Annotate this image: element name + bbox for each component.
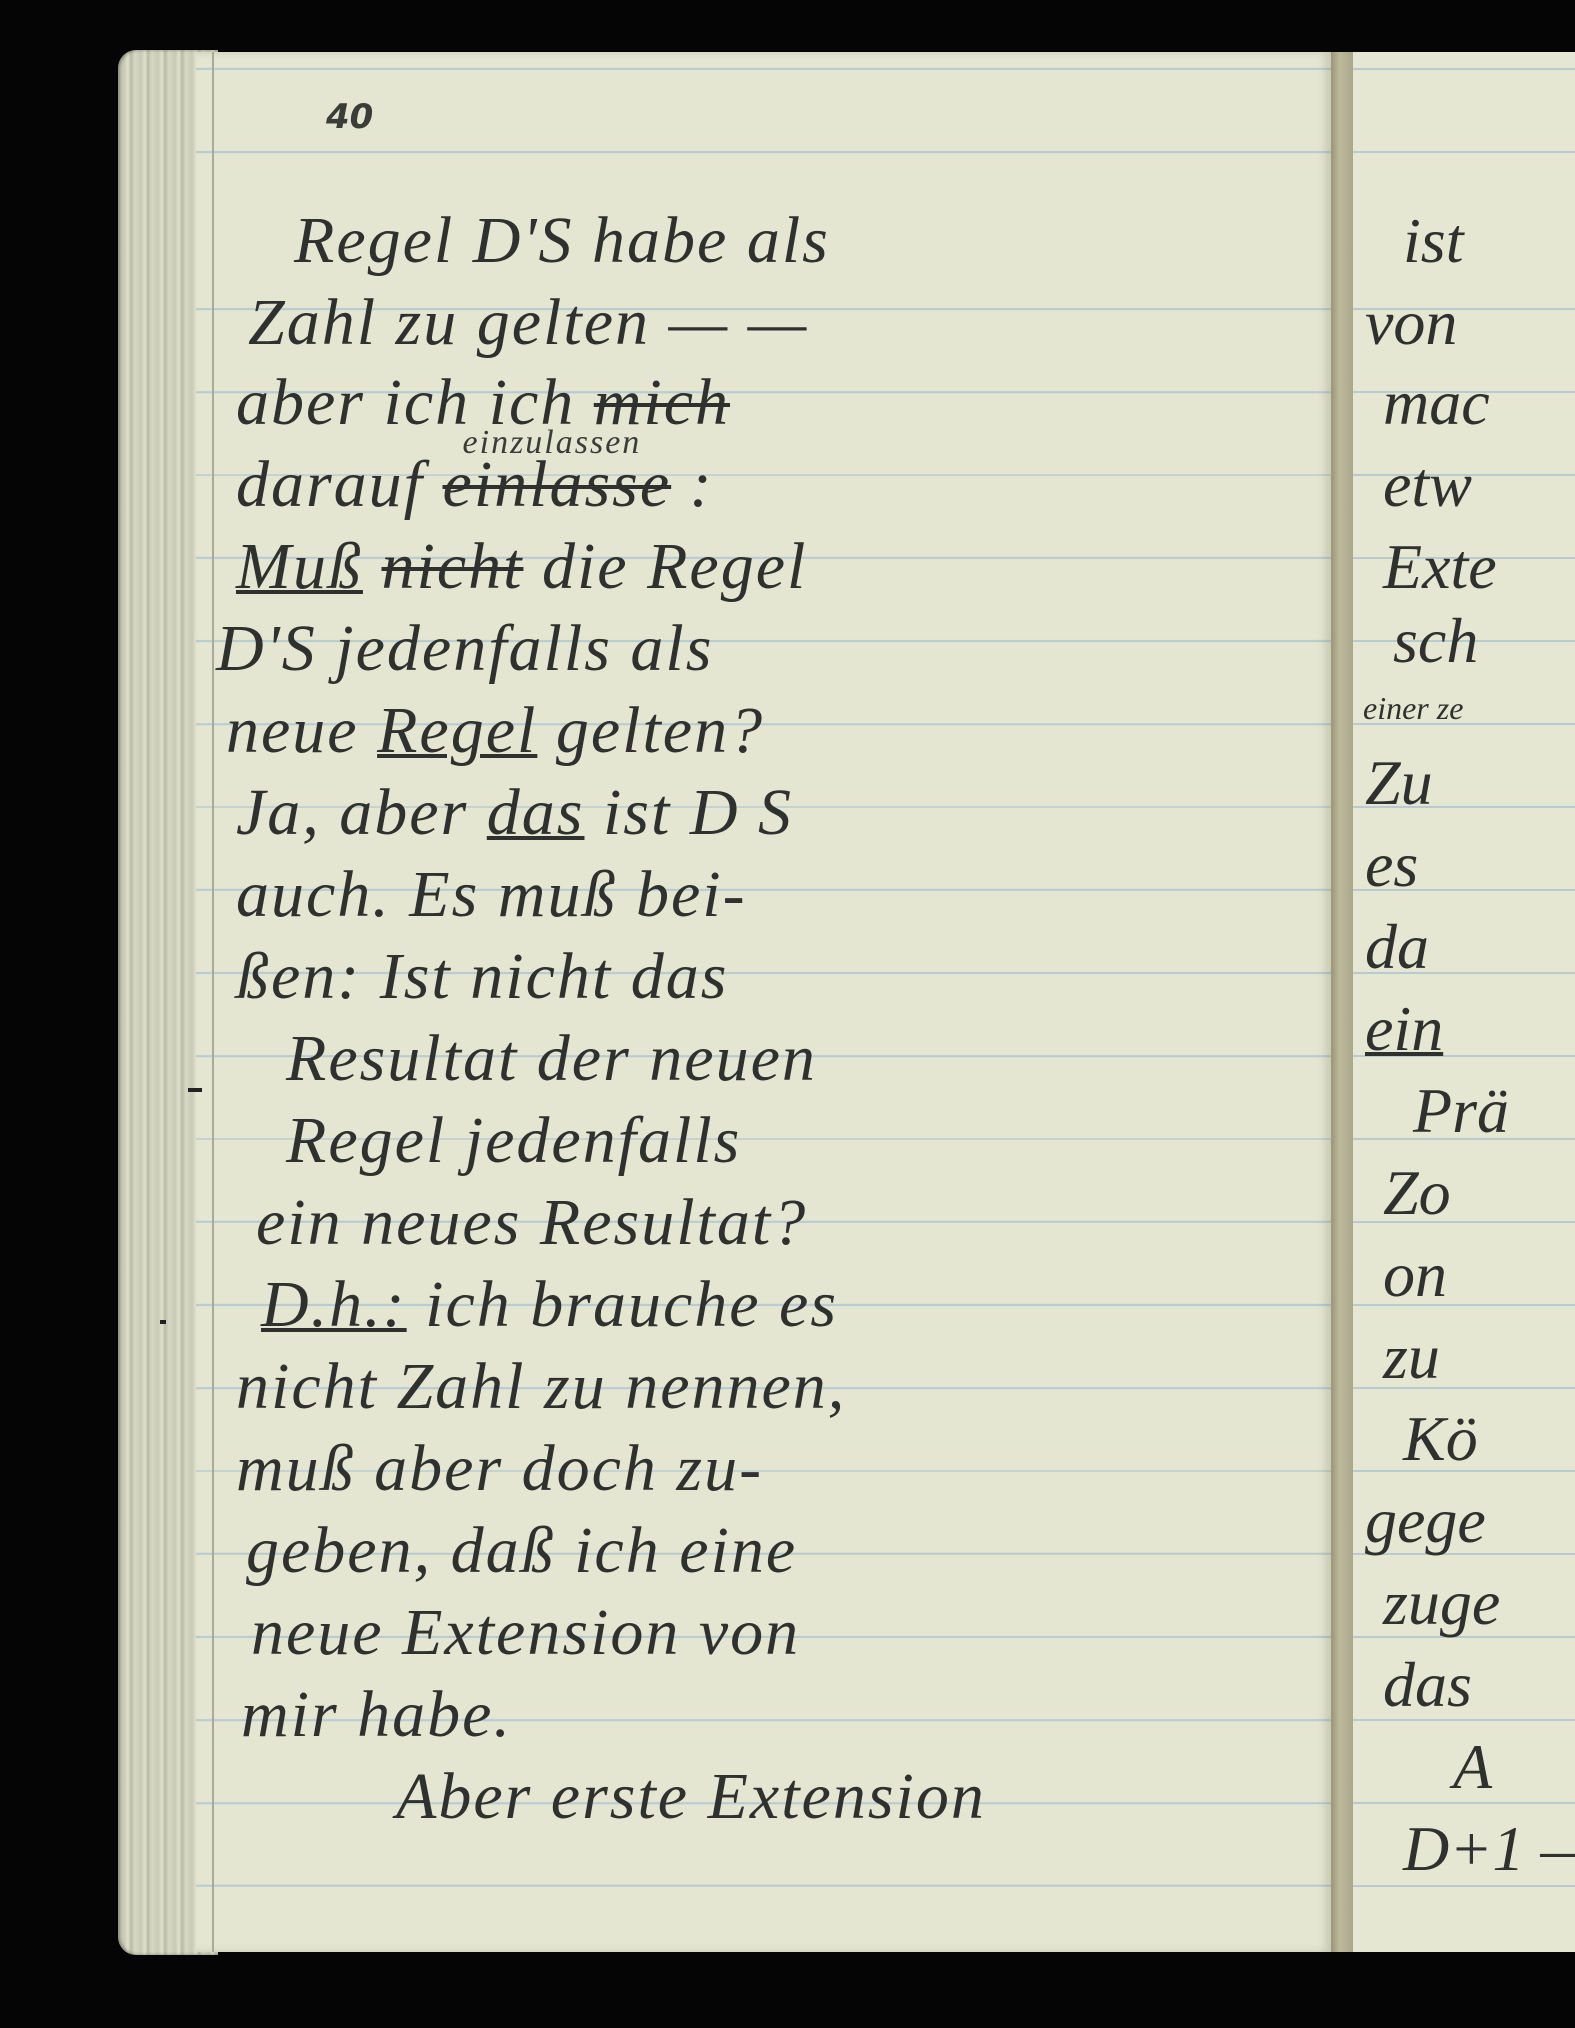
text-line: D+1 — [1403, 1808, 1575, 1890]
text-line: gege [1365, 1480, 1486, 1562]
underlined-word: D.h.: [261, 1268, 407, 1341]
text-line: Regel D'S habe als [294, 200, 830, 282]
margin-tick-mark [188, 1088, 202, 1092]
text-line: mac [1383, 362, 1490, 444]
text-line: nicht Zahl zu nennen, [236, 1346, 846, 1428]
text-line: zuge [1383, 1562, 1500, 1644]
text-line: es [1365, 824, 1418, 906]
right-page: ist von mac etw Exte sch einer ze Zu es … [1353, 52, 1575, 1952]
text-line: D'S jedenfalls als [216, 608, 713, 690]
text-line: auch. Es muß bei- [236, 854, 747, 936]
underlined-word: das [487, 776, 585, 849]
text-line: on [1383, 1234, 1447, 1316]
text-line: da [1365, 906, 1429, 988]
text-line: mir habe. [241, 1674, 512, 1756]
text-line: Aber erste Extension [396, 1756, 986, 1838]
underlined-word: Muß [236, 530, 363, 603]
text-line: Zo [1383, 1152, 1451, 1234]
text-line-underlined: ein [1365, 988, 1443, 1070]
text-line: Resultat der neuen [286, 1018, 817, 1100]
text-line: neue Extension von [251, 1592, 800, 1674]
margin-line [212, 52, 214, 1952]
text-line: Prä [1413, 1070, 1509, 1152]
text-line: Exte [1383, 526, 1497, 608]
text-line: etw [1383, 444, 1472, 526]
text-line: darauf einzulassen einlasse : [236, 444, 714, 526]
text-line: Kö [1403, 1398, 1478, 1480]
text-line: sch [1393, 600, 1478, 682]
page-number: 40 [326, 97, 373, 137]
text-line: Regel jedenfalls [286, 1100, 741, 1182]
text-line: zu [1383, 1316, 1440, 1398]
text-line: von [1365, 282, 1457, 364]
margin-tick-mark [160, 1320, 166, 1324]
text-line: D.h.: ich brauche es [261, 1264, 838, 1346]
text-line: neue Regel gelten? [226, 690, 764, 772]
text-line: Zu [1365, 742, 1433, 824]
underlined-word: Regel [377, 694, 537, 767]
text-line: Muß nicht die Regel [236, 526, 807, 608]
left-page: 40 Regel D'S habe als Zahl zu gelten — —… [196, 52, 1331, 1952]
text-line: ist [1403, 200, 1463, 282]
text-line: das [1383, 1644, 1472, 1726]
struck-word: nicht [381, 530, 523, 603]
text-line: A [1453, 1726, 1492, 1808]
text-line: muß aber doch zu- [236, 1428, 763, 1510]
text-line: Zahl zu gelten — — [248, 282, 808, 364]
text-line: geben, daß ich eine [246, 1510, 797, 1592]
book-gutter [1331, 52, 1353, 1952]
text-line: ßen: Ist nicht das [236, 936, 728, 1018]
text-line: Ja, aber das ist D S [236, 772, 793, 854]
text-line: ein neues Resultat? [256, 1182, 807, 1264]
inserted-word: einzulassen [463, 426, 642, 460]
